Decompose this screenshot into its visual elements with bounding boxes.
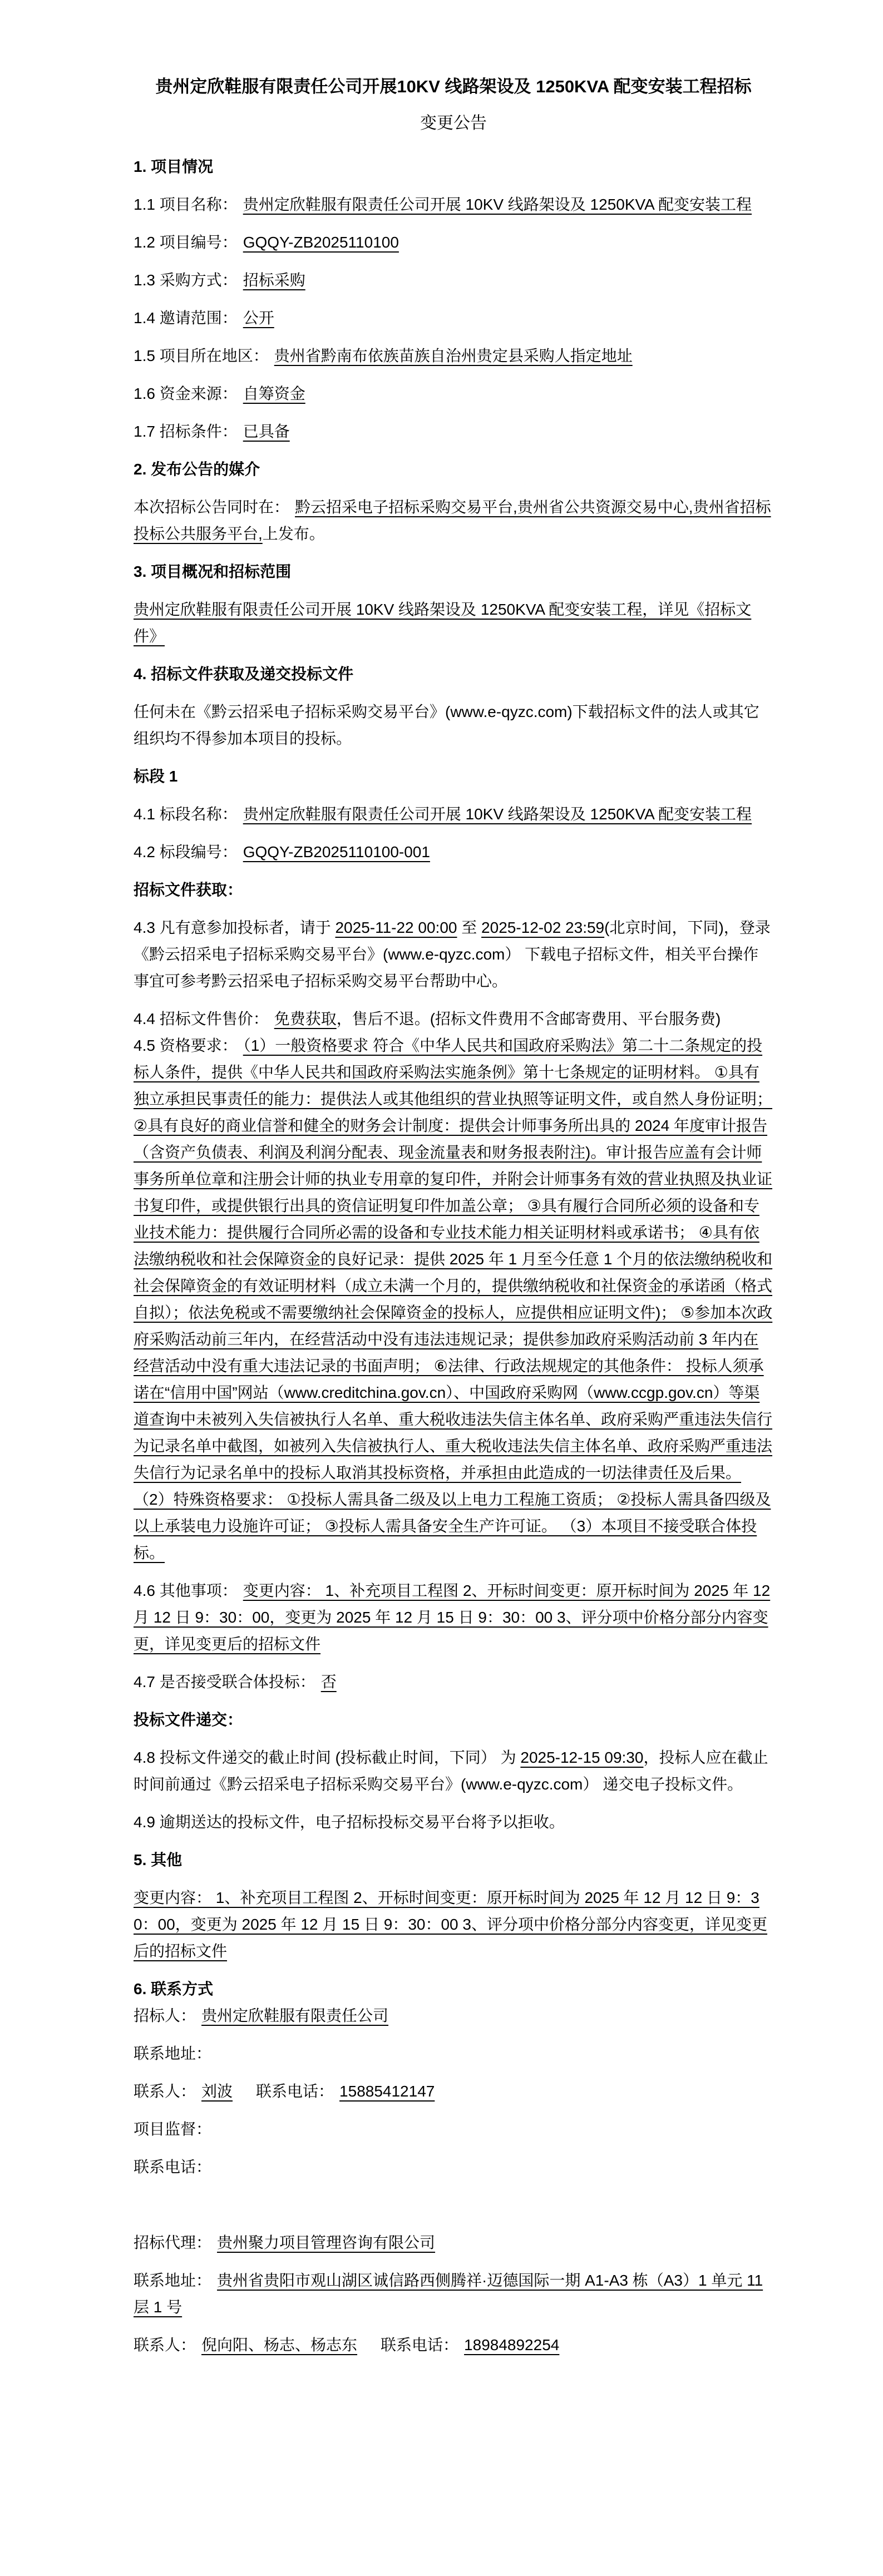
item-4-6-label: 4.6 其他事项： [134, 1582, 238, 1599]
item-1-7-label: 1.7 招标条件： [134, 423, 238, 440]
item-1-2-project-number: 1.2 项目编号：GQQY-ZB2025110100 [134, 229, 773, 256]
item-4-4-label: 4.4 招标文件售价： [134, 1010, 269, 1027]
media-prefix: 本次招标公告同时在： [134, 498, 289, 516]
submit-documents-heading: 投标文件递交： [134, 1707, 773, 1733]
item-4-6-other-matters: 4.6 其他事项：变更内容： 1、补充项目工程图 2、开标时间变更：原开标时间为… [134, 1578, 773, 1658]
item-4-7-consortium-bidding: 4.7 是否接受联合体投标：否 [134, 1669, 773, 1695]
agency-value: 贵州聚力项目管理咨询有限公司 [217, 2234, 435, 2251]
section-1-heading: 1. 项目情况 [134, 154, 773, 180]
tenderer-label: 招标人： [134, 2007, 196, 2024]
project-overview-text: 贵州定欣鞋服有限责任公司开展 10KV 线路架设及 1250KVA 配变安装工程… [134, 601, 751, 645]
agency-row: 招标代理：贵州聚力项目管理咨询有限公司 [134, 2229, 773, 2256]
item-1-3-label: 1.3 采购方式： [134, 271, 238, 289]
item-4-8-deadline: 2025-12-15 09:30 [520, 1749, 643, 1766]
item-4-9-late-submission: 4.9 逾期送达的投标文件，电子招标投标交易平台将予以拒收。 [134, 1809, 773, 1836]
tenderer-phone-label: 联系电话： [256, 2083, 334, 2100]
section-4-heading: 4. 招标文件获取及递交投标文件 [134, 661, 773, 688]
item-4-5-label: 4.5 资格要求： [134, 1037, 238, 1054]
download-note-text: 任何未在《黔云招采电子招标采购交易平台》(www.e-qyzc.com)下载招标… [134, 703, 759, 747]
tenderer-value: 贵州定欣鞋服有限责任公司 [201, 2007, 388, 2024]
item-1-4-label: 1.4 邀请范围： [134, 309, 238, 327]
doc-subtitle: 变更公告 [134, 110, 773, 137]
item-1-6-value: 自筹资金 [243, 385, 305, 402]
item-1-7-value: 已具备 [243, 423, 290, 440]
item-4-8-prefix: 4.8 投标文件递交的截止时间 (投标截止时间，下同） 为 [134, 1749, 520, 1766]
agency-address-row: 联系地址：贵州省贵阳市观山湖区诚信路西侧腾祥·迈德国际一期 A1-A3 栋（A3… [134, 2267, 773, 2321]
tenderer-phone-value: 15885412147 [339, 2083, 435, 2100]
item-4-5-value: （1）一般资格要求 符合《中华人民共和国政府采购法》第二十二条规定的投标人条件，… [134, 1037, 772, 1561]
doc-title: 贵州定欣鞋服有限责任公司开展10KV 线路架设及 1250KVA 配变安装工程招… [134, 71, 773, 102]
item-4-3-mid: 至 [457, 919, 481, 936]
change-content-text: 变更内容： 1、补充项目工程图 2、开标时间变更：原开标时间为 2025 年 1… [134, 1889, 767, 1960]
item-4-2-value: GQQY-ZB2025110100-001 [243, 843, 430, 861]
item-4-2-label: 4.2 标段编号： [134, 843, 238, 861]
agency-contact-names: 倪向阳、杨志、杨志东 [201, 2336, 357, 2353]
item-4-3-prefix: 4.3 凡有意参加投标者，请于 [134, 919, 335, 936]
item-4-3-obtain-period: 4.3 凡有意参加投标者，请于 2025-11-22 00:00 至 2025-… [134, 914, 773, 995]
agency-label: 招标代理： [134, 2234, 211, 2251]
item-4-9-text: 4.9 逾期送达的投标文件，电子招标投标交易平台将予以拒收。 [134, 1813, 565, 1831]
obtain-documents-heading: 招标文件获取： [134, 877, 773, 903]
lot-1-heading: 标段 1 [134, 763, 773, 790]
change-content-paragraph: 变更内容： 1、补充项目工程图 2、开标时间变更：原开标时间为 2025 年 1… [134, 1885, 773, 1965]
item-4-1-lot-name: 4.1 标段名称：贵州定欣鞋服有限责任公司开展 10KV 线路架设及 1250K… [134, 801, 773, 828]
tenderer-row: 招标人：贵州定欣鞋服有限责任公司 [134, 2003, 773, 2029]
agency-phone-value: 18984892254 [464, 2336, 559, 2353]
item-1-3-value: 招标采购 [243, 271, 305, 289]
agency-address-value: 贵州省贵阳市观山湖区诚信路西侧腾祥·迈德国际一期 A1-A3 栋（A3）1 单元… [134, 2272, 763, 2316]
section-2-heading: 2. 发布公告的媒介 [134, 456, 773, 483]
tenderer-address-row: 联系地址： [134, 2040, 773, 2067]
tender-change-announcement-document: 贵州定欣鞋服有限责任公司开展10KV 线路架设及 1250KVA 配变安装工程招… [0, 0, 883, 2576]
tenderer-address-label: 联系地址： [134, 2045, 211, 2062]
download-note-paragraph: 任何未在《黔云招采电子招标采购交易平台》(www.e-qyzc.com)下载招标… [134, 699, 773, 752]
item-4-7-value: 否 [321, 1673, 337, 1690]
agency-phone-label: 联系电话： [381, 2336, 458, 2353]
item-4-4-suffix: ，售后不退。(招标文件费用不含邮寄费用、平台服务费) [337, 1010, 721, 1027]
project-supervisor-row: 项目监督： [134, 2116, 773, 2143]
item-1-5-value: 贵州省黔南布依族苗族自治州贵定县采购人指定地址 [274, 347, 633, 364]
item-4-7-label: 4.7 是否接受联合体投标： [134, 1673, 315, 1690]
item-4-3-start-time: 2025-11-22 00:00 [335, 919, 457, 936]
item-1-6-label: 1.6 资金来源： [134, 385, 238, 402]
project-supervisor-label: 项目监督： [134, 2120, 211, 2138]
item-1-4-invitation-scope: 1.4 邀请范围：公开 [134, 305, 773, 332]
item-1-3-procurement-method: 1.3 采购方式：招标采购 [134, 267, 773, 294]
item-4-1-value: 贵州定欣鞋服有限责任公司开展 10KV 线路架设及 1250KVA 配变安装工程 [243, 805, 752, 823]
item-4-4-value: 免费获取 [274, 1010, 337, 1027]
section-5-heading: 5. 其他 [134, 1847, 773, 1873]
item-1-1-label: 1.1 项目名称： [134, 196, 238, 213]
supervisor-phone-row: 联系电话： [134, 2154, 773, 2181]
item-1-2-value: GQQY-ZB2025110100 [243, 234, 399, 251]
tenderer-contact-label: 联系人： [134, 2083, 196, 2100]
item-1-5-project-region: 1.5 项目所在地区：贵州省黔南布依族苗族自治州贵定县采购人指定地址 [134, 343, 773, 369]
item-1-5-label: 1.5 项目所在地区： [134, 347, 269, 364]
item-1-6-funding-source: 1.6 资金来源：自筹资金 [134, 380, 773, 407]
item-1-1-project-name: 1.1 项目名称：贵州定欣鞋服有限责任公司开展 10KV 线路架设及 1250K… [134, 191, 773, 218]
tenderer-contact-name: 刘波 [201, 2083, 233, 2100]
section-6-heading: 6. 联系方式 [134, 1976, 773, 2003]
agency-contact-label: 联系人： [134, 2336, 196, 2353]
tenderer-contact-row: 联系人：刘波联系电话：15885412147 [134, 2078, 773, 2105]
publish-media-paragraph: 本次招标公告同时在：黔云招采电子招标采购交易平台,贵州省公共资源交易中心,贵州省… [134, 494, 773, 547]
item-4-5-qualification-requirements: 4.5 资格要求：（1）一般资格要求 符合《中华人民共和国政府采购法》第二十二条… [134, 1032, 773, 1566]
item-4-8-submission-deadline: 4.8 投标文件递交的截止时间 (投标截止时间，下同） 为 2025-12-15… [134, 1744, 773, 1798]
item-4-4-document-price: 4.4 招标文件售价：免费获取，售后不退。(招标文件费用不含邮寄费用、平台服务费… [134, 1006, 773, 1032]
section-3-heading: 3. 项目概况和招标范围 [134, 558, 773, 585]
item-4-3-end-time: 2025-12-02 23:59 [481, 919, 604, 936]
supervisor-phone-label: 联系电话： [134, 2158, 211, 2175]
item-1-2-label: 1.2 项目编号： [134, 234, 238, 251]
item-1-7-tender-conditions: 1.7 招标条件：已具备 [134, 418, 773, 445]
item-4-1-label: 4.1 标段名称： [134, 805, 238, 823]
agency-contact-row: 联系人：倪向阳、杨志、杨志东联系电话：18984892254 [134, 2332, 773, 2359]
item-1-4-value: 公开 [243, 309, 274, 327]
project-overview-paragraph: 贵州定欣鞋服有限责任公司开展 10KV 线路架设及 1250KVA 配变安装工程… [134, 596, 773, 650]
media-suffix: 上发布。 [263, 525, 325, 542]
item-4-2-lot-number: 4.2 标段编号：GQQY-ZB2025110100-001 [134, 839, 773, 866]
agency-address-label: 联系地址： [134, 2272, 211, 2289]
item-1-1-value: 贵州定欣鞋服有限责任公司开展 10KV 线路架设及 1250KVA 配变安装工程 [243, 196, 752, 213]
